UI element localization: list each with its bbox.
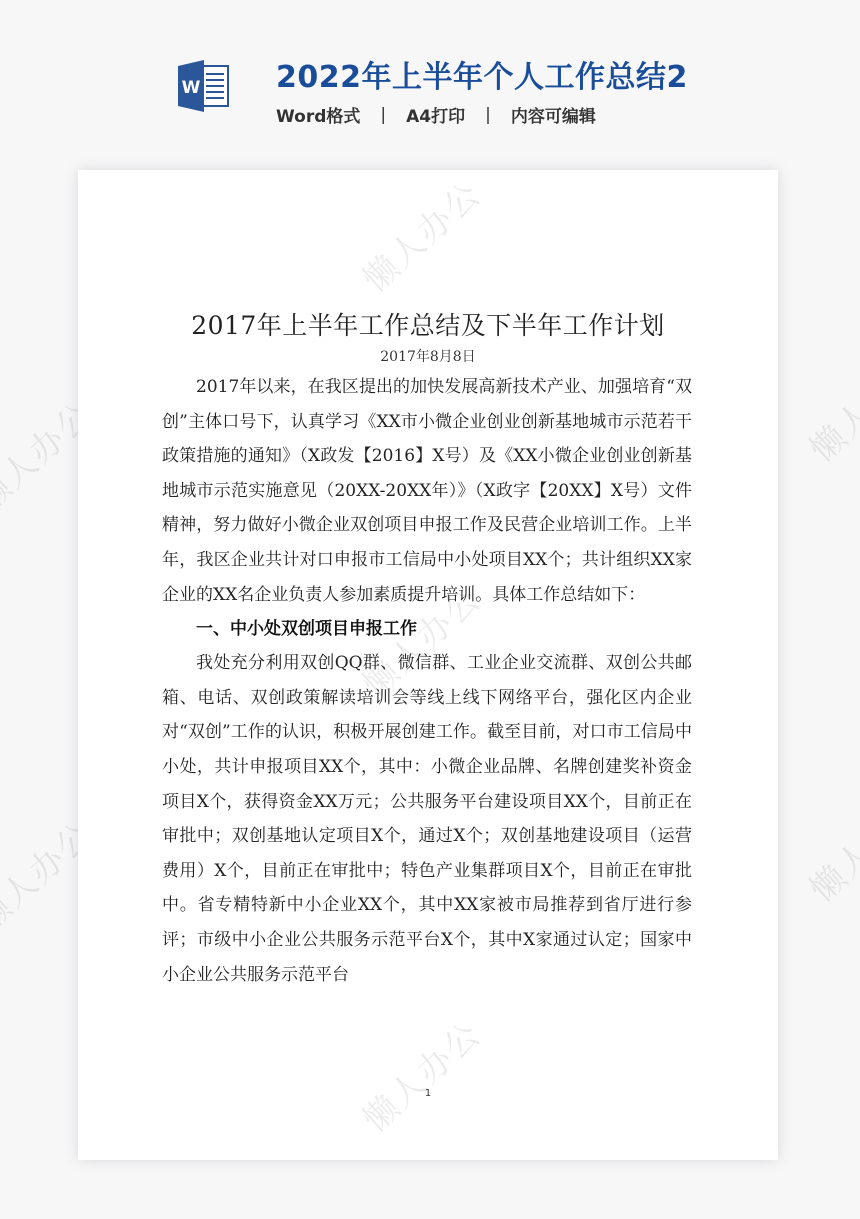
section-heading: 一、中小处双创项目申报工作 <box>162 612 692 646</box>
print-label: A4打印 <box>406 102 465 127</box>
page-number: 1 <box>78 1088 778 1099</box>
intro-paragraph: 2017年以来，在我区提出的加快发展高新技术产业、加强培育“双创”主体口号下，认… <box>162 370 692 612</box>
word-document-icon: W <box>176 60 230 112</box>
section-paragraph: 我处充分利用双创QQ群、微信群、工业企业交流群、双创公共邮箱、电话、双创政策解读… <box>162 646 692 992</box>
document-body: 2017年以来，在我区提出的加快发展高新技术产业、加强培育“双创”主体口号下，认… <box>162 370 692 992</box>
separator: | <box>380 105 386 125</box>
separator: | <box>485 105 491 125</box>
paper-title: 2017年上半年工作总结及下半年工作计划 <box>78 306 778 342</box>
paper-date: 2017年8月8日 <box>78 346 778 366</box>
editable-label: 内容可编辑 <box>511 102 596 127</box>
watermark: 懒人办公 <box>350 170 490 301</box>
watermark: 懒人办公 <box>797 778 860 911</box>
svg-text:W: W <box>182 78 201 98</box>
watermark: 懒人办公 <box>350 1008 490 1141</box>
document-title: 2022年上半年个人工作总结2 <box>276 52 688 96</box>
watermark: 懒人办公 <box>797 338 860 471</box>
document-page: 懒人办公 懒人办公 懒人办公 2017年上半年工作总结及下半年工作计划 2017… <box>78 170 778 1160</box>
format-label: Word格式 <box>276 102 360 127</box>
format-info: Word格式 | A4打印 | 内容可编辑 <box>276 102 596 127</box>
header: W 2022年上半年个人工作总结2 Word格式 | A4打印 | 内容可编辑 <box>0 0 860 160</box>
